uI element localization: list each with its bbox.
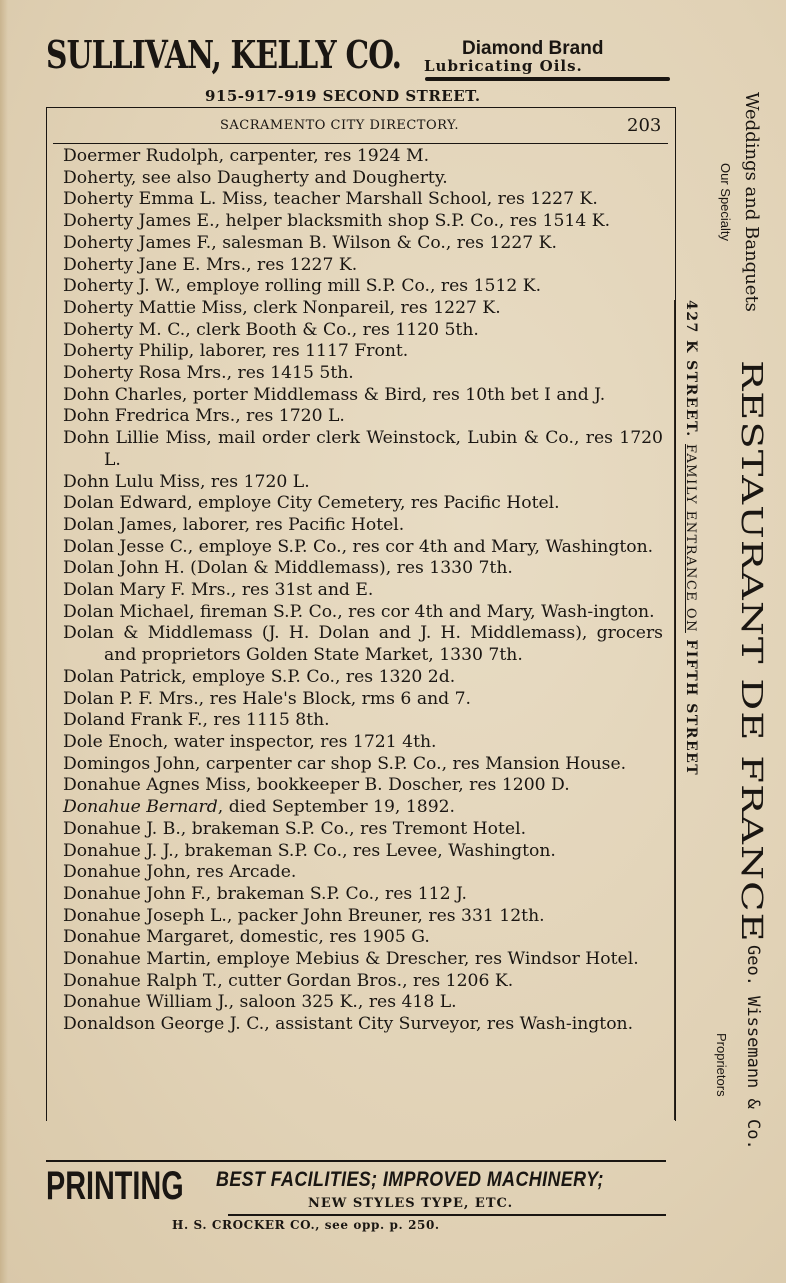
side-ad-tagline: Weddings and Banquets (741, 92, 762, 312)
directory-entry: Doherty James F., salesman B. Wilson & C… (63, 233, 663, 255)
directory-entry: Dolan Edward, employe City Cemetery, res… (63, 493, 663, 515)
running-head: SACRAMENTO CITY DIRECTORY. (220, 118, 459, 133)
side-ad-owner: Geo. Wissemann & Co. (743, 945, 763, 1150)
side-ad-divider (674, 300, 675, 1120)
directory-entry: Dolan Jesse C., employe S.P. Co., res co… (63, 537, 663, 559)
directory-entry: Donahue Margaret, domestic, res 1905 G. (63, 927, 663, 949)
footer-ad-styles: NEW STYLES TYPE, ETC. (308, 1196, 513, 1211)
side-ad-address-line: 427 K STREET. FAMILY ENTRANCE ON FIFTH S… (683, 300, 699, 776)
directory-entry: Dohn Fredrica Mrs., res 1720 L. (63, 406, 663, 428)
directory-entry: Doherty Rosa Mrs., res 1415 5th. (63, 363, 663, 385)
directory-entry: Dolan James, laborer, res Pacific Hotel. (63, 515, 663, 537)
directory-entry: Doherty, see also Daugherty and Doughert… (63, 168, 663, 190)
directory-entry: Dolan Mary F. Mrs., res 31st and E. (63, 580, 663, 602)
page-edge-shadow (0, 0, 8, 1283)
deceased-name: Donahue Bernard (63, 797, 218, 817)
directory-entry: Doherty Emma L. Miss, teacher Marshall S… (63, 189, 663, 211)
page-number: 203 (627, 115, 661, 136)
directory-entry: Donahue John, res Arcade. (63, 862, 663, 884)
directory-entry: Donahue J. J., brakeman S.P. Co., res Le… (63, 841, 663, 863)
advertiser-name: SULLIVAN, KELLY CO. (46, 36, 401, 74)
directory-entry: Domingos John, carpenter car shop S.P. C… (63, 754, 663, 776)
directory-entry: Dohn Lulu Miss, res 1720 L. (63, 472, 663, 494)
side-ad-address: 427 K STREET. (683, 300, 699, 438)
footer-ad-headline: PRINTING (46, 1166, 184, 1206)
running-head-rule (53, 143, 668, 144)
footer-ad-company: H. S. CROCKER CO., see opp. p. 250. (172, 1218, 440, 1232)
footer-rule (46, 1160, 666, 1162)
directory-entry: Donahue J. B., brakeman S.P. Co., res Tr… (63, 819, 663, 841)
directory-entry: Dolan P. F. Mrs., res Hale's Block, rms … (63, 689, 663, 711)
footer-ad-slogan: BEST FACILITIES; IMPROVED MACHINERY; (216, 1168, 604, 1192)
side-ad-owner-sub: Proprietors (714, 1033, 729, 1097)
deceased-note: , died September 19, 1892. (218, 797, 455, 817)
directory-entry: Doermer Rudolph, carpenter, res 1924 M. (63, 146, 663, 168)
directory-entry: Doherty Philip, laborer, res 1117 Front. (63, 341, 663, 363)
directory-entry: Donaldson George J. C., assistant City S… (63, 1014, 663, 1036)
directory-entry: Doherty J. W., employe rolling mill S.P.… (63, 276, 663, 298)
directory-entry: Dolan Michael, fireman S.P. Co., res cor… (63, 602, 663, 624)
directory-entry: Dolan & Middlemass (J. H. Dolan and J. H… (63, 623, 663, 666)
directory-entry: Dolan Patrick, employe S.P. Co., res 132… (63, 667, 663, 689)
directory-entry: Doherty M. C., clerk Booth & Co., res 11… (63, 320, 663, 342)
directory-entry: Dolan John H. (Dolan & Middlemass), res … (63, 558, 663, 580)
directory-entry: Donahue Agnes Miss, bookkeeper B. Dosche… (63, 775, 663, 797)
header-ad-rule (425, 77, 670, 81)
directory-entry: Doherty James E., helper blacksmith shop… (63, 211, 663, 233)
product-name: Lubricating Oils. (424, 57, 583, 75)
side-ad-tagline-sub: Our Specialty (718, 163, 733, 241)
directory-entry: Donahue John F., brakeman S.P. Co., res … (63, 884, 663, 906)
directory-entry: Donahue William J., saloon 325 K., res 4… (63, 992, 663, 1014)
directory-entry: Doherty Mattie Miss, clerk Nonpareil, re… (63, 298, 663, 320)
directory-entry: Dohn Lillie Miss, mail order clerk Weins… (63, 428, 663, 471)
advertiser-address: 915-917-919 SECOND STREET. (205, 87, 481, 105)
directory-entry: Donahue Joseph L., packer John Breuner, … (63, 906, 663, 928)
directory-entry: Dole Enoch, water inspector, res 1721 4t… (63, 732, 663, 754)
directory-entries: Doermer Rudolph, carpenter, res 1924 M. … (63, 146, 663, 1036)
side-ad-entrance: FAMILY ENTRANCE ON (683, 444, 698, 633)
directory-entry: Doland Frank F., res 1115 8th. (63, 710, 663, 732)
footer-ad-rule (228, 1214, 666, 1216)
side-ad-entrance-street: FIFTH STREET (683, 639, 699, 776)
directory-entry: Donahue Ralph T., cutter Gordan Bros., r… (63, 971, 663, 993)
side-ad-restaurant-name: RESTAURANT DE FRANCE (735, 360, 768, 943)
directory-entry-deceased: Donahue Bernard, died September 19, 1892… (63, 797, 663, 819)
directory-entry: Donahue Martin, employe Mebius & Dresche… (63, 949, 663, 971)
directory-entry: Dohn Charles, porter Middlemass & Bird, … (63, 385, 663, 407)
directory-entry: Doherty Jane E. Mrs., res 1227 K. (63, 255, 663, 277)
